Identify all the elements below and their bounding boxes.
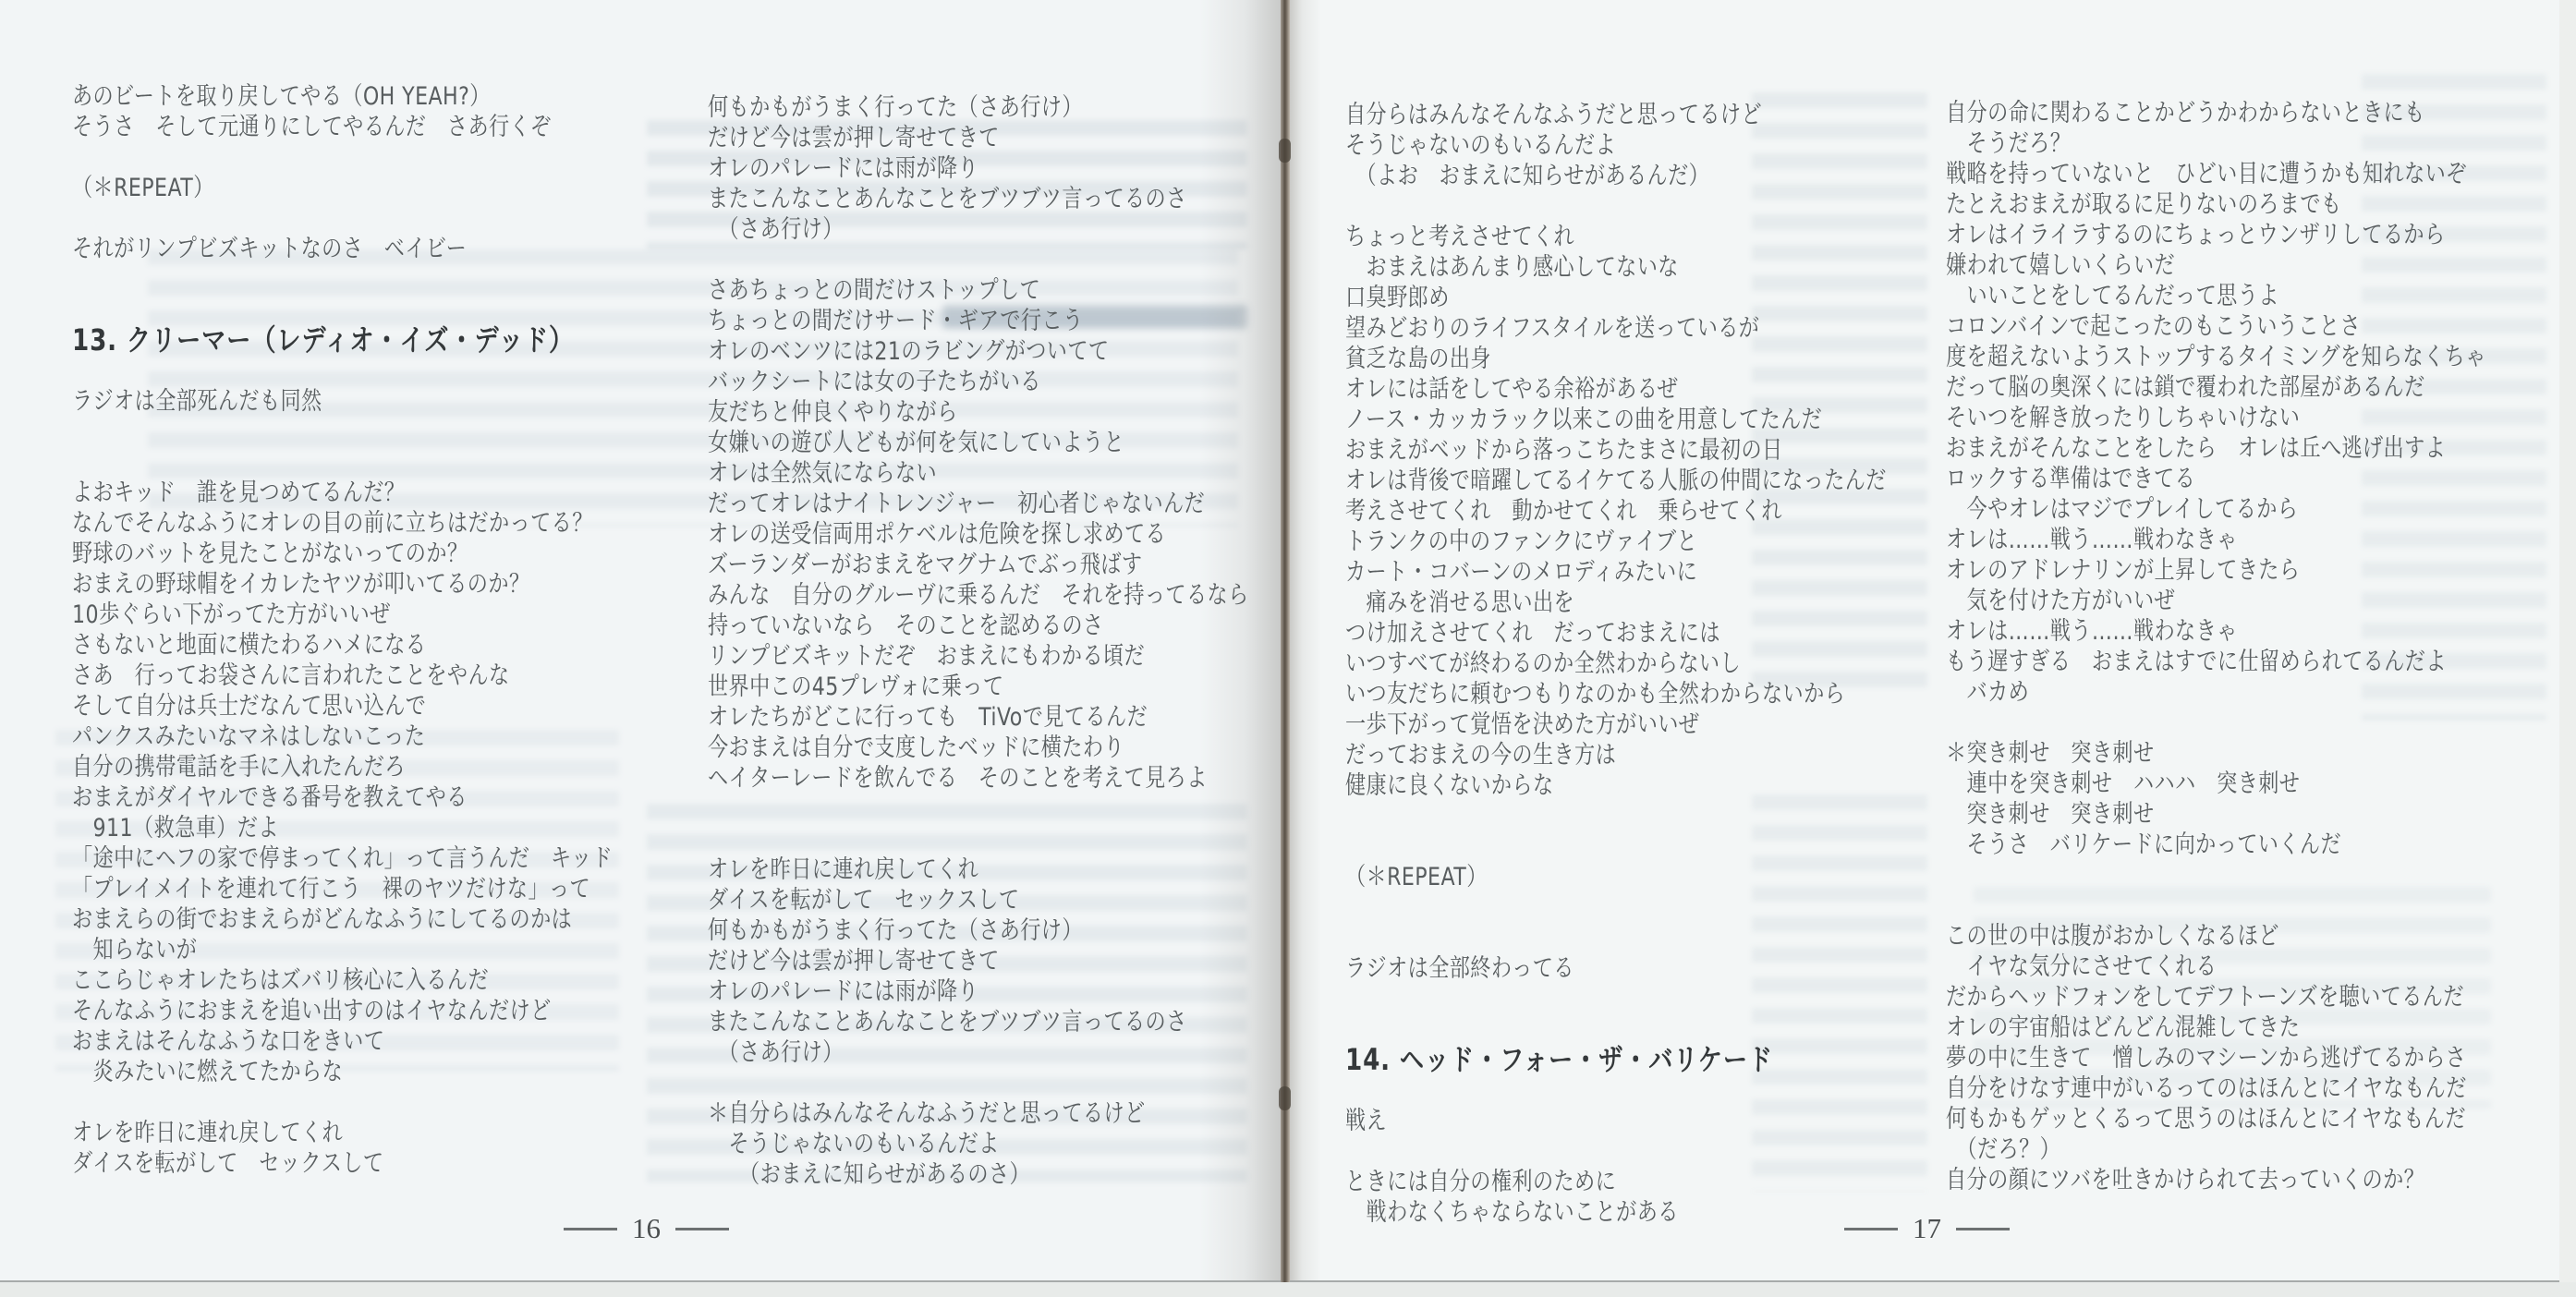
lyric-line: 痛みを消せる思い出を	[1345, 588, 1887, 618]
lyric-line: 「プレイメイトを連れて行こう 裸のヤツだけな」って	[72, 874, 613, 904]
lyric-line: 炎みたいに燃えてたからな	[72, 1057, 613, 1087]
blank-line	[72, 1087, 613, 1118]
lyric-line: 考えさせてくれ 動かせてくれ 乗らせてくれ	[1345, 496, 1887, 527]
lyric-line: オレを昨日に連れ戻してくれ	[72, 1118, 613, 1148]
lyric-line: カート・コバーンのメロディみたいに	[1345, 557, 1887, 588]
lyric-line: 嫌われて嬉しいくらいだ	[1946, 250, 2486, 281]
page-number-dash	[1956, 1228, 2010, 1230]
lyric-line: ここらじゃオレたちはズバリ核心に入るんだ	[72, 965, 613, 996]
lyric-line: そうだろ？	[1946, 128, 2486, 159]
blank-line	[72, 203, 613, 234]
lyrics-column-1: あのビートを取り戻してやる（OH YEAH?）そうさ そして元通りにしてやるんだ…	[72, 81, 613, 1179]
lyric-line: オレは……戦う……戦わなきゃ	[1946, 525, 2486, 555]
lyric-line: だけど今は雲が押し寄せてきて	[708, 123, 1249, 153]
lyric-line: 連中を突き刺せ ハハハ 突き刺せ	[1946, 769, 2486, 799]
blank-line	[1345, 1136, 1887, 1167]
lyric-line: もう遅すぎる おまえはすでに仕留められてるんだよ	[1946, 647, 2486, 677]
lyric-line: 自分らはみんなそんなふうだと思ってるけど	[1345, 100, 1887, 130]
lyric-line: 健康に良くないからな	[1345, 770, 1887, 801]
lyric-line: おまえがダイヤルできる番号を教えてやる	[72, 782, 613, 813]
blank-line	[1345, 831, 1887, 862]
lyric-line: オレの宇宙船はどんどん混雑してきた	[1946, 1012, 2486, 1043]
lyrics-column-2: 何もかもがうまく行ってた（さあ行け）だけど今は雲が押し寄せてきてオレのパレードに…	[708, 92, 1249, 1190]
lyric-line: （よお おまえに知らせがあるんだ）	[1345, 161, 1887, 191]
staple	[1279, 139, 1291, 163]
lyric-line: ノース・カッカラック以来この曲を用意してたんだ	[1345, 405, 1887, 435]
lyric-line: 女嫌いの遊び人どもが何を気にしていようと	[708, 428, 1249, 458]
blank-line	[72, 356, 613, 386]
blank-line	[1345, 191, 1887, 222]
lyric-line: ＊自分らはみんなそんなふうだと思ってるけど	[708, 1098, 1249, 1129]
lyric-line: 自分の携帯電話を手に入れたんだろ	[72, 752, 613, 782]
lyric-line: そいつを解き放ったりしちゃいけない	[1946, 403, 2486, 433]
lyric-line: ダイスを転がして セックスして	[708, 885, 1249, 915]
blank-line	[72, 264, 613, 295]
lyric-line: そうさ そして元通りにしてやるんだ さあ行くぞ	[72, 112, 613, 142]
lyric-line: オレは背後で暗躍してるイケてる人脈の仲間になったんだ	[1345, 466, 1887, 496]
lyric-line: つけ加えさせてくれ だっておまえには	[1345, 618, 1887, 648]
page-number-dash	[675, 1228, 729, 1230]
lyric-line: リンプビズキットだぞ おまえにもわかる頃だ	[708, 641, 1249, 672]
lyric-line: さもないと地面に横たわるハメになる	[72, 630, 613, 661]
scanner-background	[0, 1282, 2576, 1297]
blank-line	[708, 245, 1249, 275]
lyric-line: そうじゃないのもいるんだよ	[1345, 130, 1887, 161]
lyric-line: オレを昨日に連れ戻してくれ	[708, 855, 1249, 885]
lyric-line: ちょっとの間だけサード・ギアで行こう	[708, 306, 1249, 336]
lyric-line: たとえおまえが取るに足りないのろまでも	[1946, 189, 2486, 220]
lyric-line: さあ 行ってお袋さんに言われたことをやんな	[72, 661, 613, 691]
lyric-line: 野球のバットを見たことがないってのか？	[72, 539, 613, 569]
lyric-line: 今やオレはマジでプレイしてるから	[1946, 494, 2486, 525]
lyric-line: 何もかもゲッとくるって思うのはほんとにイヤなもんだ	[1946, 1104, 2486, 1134]
lyric-line: 貧乏な島の出身	[1345, 344, 1887, 374]
lyric-line: 自分の命に関わることかどうかわからないときにも	[1946, 98, 2486, 128]
lyric-line: オレのアドレナリンが上昇してきたら	[1946, 555, 2486, 586]
lyric-line: オレのパレードには雨が降り	[708, 153, 1249, 184]
lyric-line: 何もかもがうまく行ってた（さあ行け）	[708, 92, 1249, 123]
lyric-line: ヘイターレードを飲んでる そのことを考えて見ろよ	[708, 763, 1249, 794]
lyric-line: 世界中この45プレヴォに乗って	[708, 672, 1249, 702]
lyric-line: みんな 自分のグルーヴに乗るんだ それを持ってるなら	[708, 580, 1249, 611]
staple	[1279, 1086, 1291, 1110]
lyric-line: 望みどおりのライフスタイルを送っているが	[1345, 313, 1887, 344]
lyric-line: おまえはあんまり感心してないな	[1345, 252, 1887, 283]
lyric-line: そうじゃないのもいるんだよ	[708, 1129, 1249, 1159]
lyric-line: 突き刺せ 突き刺せ	[1946, 799, 2486, 830]
lyric-line: オレの送受信両用ポケベルは危険を探し求めてる	[708, 519, 1249, 550]
lyric-line: オレは全然気にならない	[708, 458, 1249, 489]
lyric-line: ＊突き刺せ 突き刺せ	[1946, 738, 2486, 769]
page-edge	[2559, 0, 2576, 1282]
lyric-line: おまえはそんなふうな口をきいて	[72, 1026, 613, 1057]
lyric-line: それがリンプビズキットなのさ ベイビー	[72, 234, 613, 264]
lyric-line: ロックする準備はできてる	[1946, 464, 2486, 494]
lyric-line: 知らないが	[72, 935, 613, 965]
lyric-line: オレたちがどこに行っても TiVoで見てるんだ	[708, 702, 1249, 733]
blank-line	[708, 824, 1249, 855]
lyric-line: おまえがベッドから落っこちたまさに最初の日	[1345, 435, 1887, 466]
lyric-line: またこんなことあんなことをブツブツ言ってるのさ	[708, 184, 1249, 214]
page-number-value: 17	[1913, 1212, 1941, 1245]
lyric-line: 10歩ぐらい下がってた方がいいぜ	[72, 600, 613, 630]
lyric-line: 友だちと仲良くやりながら	[708, 397, 1249, 428]
lyric-line: おまえらの街でおまえらがどんなふうにしてるのかは	[72, 904, 613, 935]
lyric-line: 戦え	[1345, 1106, 1887, 1136]
lyric-line: いつ友だちに頼むつもりなのかも全然わからないから	[1345, 679, 1887, 709]
page-number-dash	[1844, 1228, 1898, 1230]
page-number-value: 16	[632, 1212, 661, 1245]
lyric-line: 戦わなくちゃならないことがある	[1345, 1197, 1887, 1228]
lyric-line: さあちょっとの間だけストップして	[708, 275, 1249, 306]
lyric-line: そして自分は兵士だなんて思い込んで	[72, 691, 613, 721]
lyric-line: だってオレはナイトレンジャー 初心者じゃないんだ	[708, 489, 1249, 519]
lyric-line: この世の中は腹がおかしくなるほど	[1946, 921, 2486, 952]
lyric-line: オレには話をしてやる余裕があるぜ	[1345, 374, 1887, 405]
lyric-line: おまえがそんなことをしたら オレは丘へ逃げ出すよ	[1946, 433, 2486, 464]
lyric-line: ちょっと考えさせてくれ	[1345, 222, 1887, 252]
lyric-line: 「途中にヘフの家で停まってくれ」って言うんだ キッド	[72, 843, 613, 874]
lyric-line: だからヘッドフォンをしてデフトーンズを聴いてるんだ	[1946, 982, 2486, 1012]
blank-line	[72, 417, 613, 447]
blank-line	[1345, 984, 1887, 1014]
lyric-line: （＊REPEAT）	[72, 173, 613, 203]
booklet-scan: あのビートを取り戻してやる（OH YEAH?）そうさ そして元通りにしてやるんだ…	[0, 0, 2576, 1297]
lyric-line: そんなふうにおまえを追い出すのはイヤなんだけど	[72, 996, 613, 1026]
lyric-line: 自分をけなす連中がいるってのはほんとにイヤなもんだ	[1946, 1073, 2486, 1104]
lyric-line: 度を超えないようストップするタイミングを知らなくちゃ	[1946, 342, 2486, 372]
lyric-line: ラジオは全部終わってる	[1345, 953, 1887, 984]
lyric-line: バカめ	[1946, 677, 2486, 708]
lyric-line: いいことをしてるんだって思うよ	[1946, 281, 2486, 311]
lyrics-column-4: 自分の命に関わることかどうかわからないときにも そうだろ？戦略を持っていないと …	[1946, 98, 2486, 1195]
lyric-line: （おまえに知らせがあるのさ）	[708, 1159, 1249, 1190]
lyric-line: 一歩下がって覚悟を決めた方がいいぜ	[1345, 709, 1887, 740]
lyric-line: おまえの野球帽をイカレたヤツが叩いてるのか？	[72, 569, 613, 600]
lyric-line: ダイスを転がして セックスして	[72, 1148, 613, 1179]
lyric-line: そうさ バリケードに向かっていくんだ	[1946, 830, 2486, 860]
lyric-line: 今おまえは自分で支度したベッドに横たわり	[708, 733, 1249, 763]
lyric-line: オレはイライラするのにちょっとウンザリしてるから	[1946, 220, 2486, 250]
song-heading: 13. クリーマー（レディオ・イズ・デッド）	[72, 325, 613, 356]
lyric-line: イヤな気分にさせてくれる	[1946, 952, 2486, 982]
lyric-line: コロンバインで起こったのもこういうことさ	[1946, 311, 2486, 342]
blank-line	[708, 794, 1249, 824]
blank-line	[72, 142, 613, 173]
lyric-line: バックシートには女の子たちがいる	[708, 367, 1249, 397]
lyric-line: 口臭野郎め	[1345, 283, 1887, 313]
lyric-line: 気を付けた方がいいぜ	[1946, 586, 2486, 616]
lyric-line: いつすべてが終わるのか全然わからないし	[1345, 648, 1887, 679]
blank-line	[1345, 892, 1887, 923]
lyric-line: あのビートを取り戻してやる（OH YEAH?）	[72, 81, 613, 112]
lyric-line: ときには自分の権利のために	[1345, 1167, 1887, 1197]
blank-line	[72, 447, 613, 478]
blank-line	[1345, 1075, 1887, 1106]
page-number-dash	[564, 1228, 617, 1230]
blank-line	[708, 1068, 1249, 1098]
blank-line	[1345, 801, 1887, 831]
lyric-line: 戦略を持っていないと ひどい目に遭うかも知れないぞ	[1946, 159, 2486, 189]
lyric-line: ズーランダーがおまえをマグナムでぶっ飛ばす	[708, 550, 1249, 580]
song-heading: 14. ヘッド・フォー・ザ・バリケード	[1345, 1045, 1887, 1075]
page-number-left: 16	[564, 1212, 729, 1245]
lyric-line: よおキッド 誰を見つめてるんだ？	[72, 478, 613, 508]
blank-line	[72, 295, 613, 325]
lyric-line: オレのベンツには21のラビングがついてて	[708, 336, 1249, 367]
lyric-line: またこんなことあんなことをブツブツ言ってるのさ	[708, 1007, 1249, 1037]
lyric-line: トランクの中のファンクにヴァイブと	[1345, 527, 1887, 557]
lyric-line: （さあ行け）	[708, 214, 1249, 245]
lyric-line: だっておまえの今の生き方は	[1345, 740, 1887, 770]
blank-line	[1345, 923, 1887, 953]
lyric-line: だって脳の奥深くには鎖で覆われた部屋があるんだ	[1946, 372, 2486, 403]
lyric-line: 夢の中に生きて 憎しみのマシーンから逃げてるからさ	[1946, 1043, 2486, 1073]
lyric-line: （だろ？）	[1946, 1134, 2486, 1165]
blank-line	[1345, 1014, 1887, 1045]
blank-line	[1946, 891, 2486, 921]
lyric-line: 何もかもがうまく行ってた（さあ行け）	[708, 915, 1249, 946]
blank-line	[1946, 708, 2486, 738]
lyric-line: 自分の顔にツバを吐きかけられて去っていくのか？	[1946, 1165, 2486, 1195]
lyric-line: ラジオは全部死んだも同然	[72, 386, 613, 417]
lyric-line: （＊REPEAT）	[1345, 862, 1887, 892]
lyric-line: パンクスみたいなマネはしないこった	[72, 721, 613, 752]
lyric-line: だけど今は雲が押し寄せてきて	[708, 946, 1249, 976]
lyric-line: 持っていないなら そのことを認めるのさ	[708, 611, 1249, 641]
lyric-line: 911（救急車）だよ	[72, 813, 613, 843]
lyric-line: オレは……戦う……戦わなきゃ	[1946, 616, 2486, 647]
lyric-line: なんでそんなふうにオレの目の前に立ちはだかってる？	[72, 508, 613, 539]
page-number-right: 17	[1844, 1212, 2010, 1245]
lyric-line: オレのパレードには雨が降り	[708, 976, 1249, 1007]
lyrics-column-3: 自分らはみんなそんなふうだと思ってるけどそうじゃないのもいるんだよ （よお おま…	[1345, 100, 1887, 1228]
lyric-line: （さあ行け）	[708, 1037, 1249, 1068]
blank-line	[1946, 860, 2486, 891]
